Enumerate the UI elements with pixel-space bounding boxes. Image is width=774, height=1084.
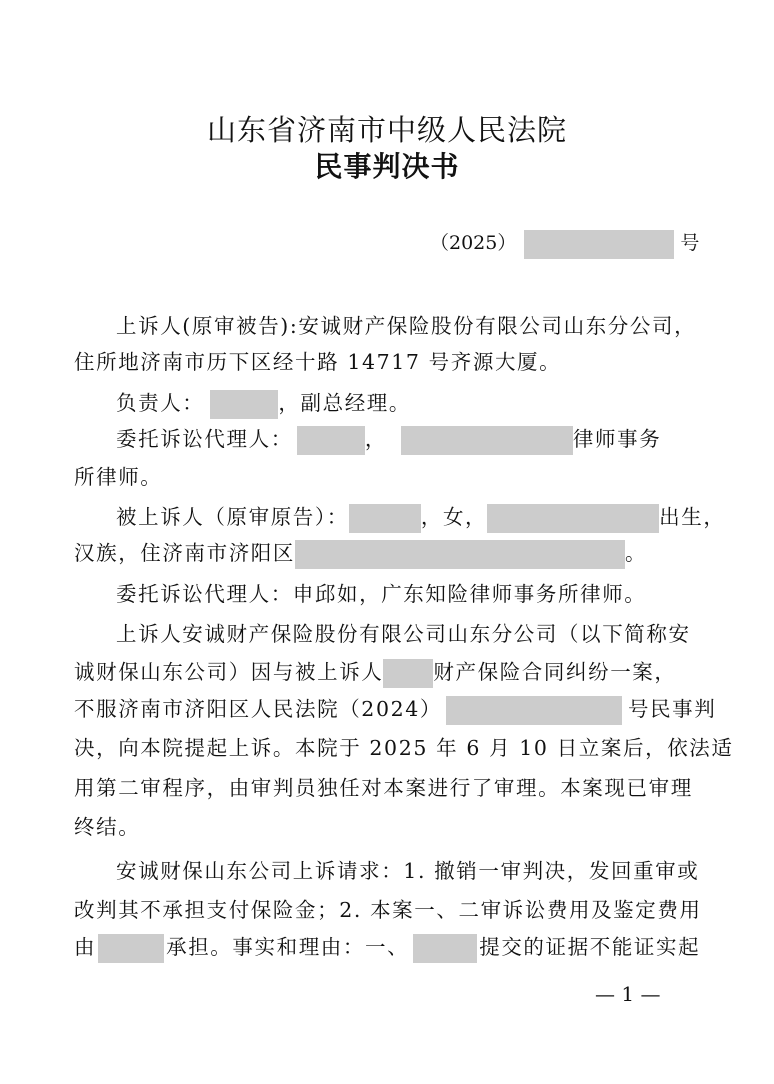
case-number-prefix: （2025） <box>430 232 516 254</box>
redaction-box <box>446 696 622 725</box>
text: ， <box>365 427 387 451</box>
paragraph-line: 被上诉人（原审原告）：，女，出生， <box>116 501 725 533</box>
redaction-box <box>413 934 477 963</box>
text: 负责人： <box>116 391 204 415</box>
text: 安诚财保山东公司上诉请求：1. 撤销一审判决，发回重审或 <box>116 859 699 883</box>
redaction-box <box>210 390 278 419</box>
page-number: — 1 — <box>595 982 660 1006</box>
text: 出生， <box>659 505 725 529</box>
text: 财产保险合同纠纷一案， <box>433 660 676 684</box>
paragraph-line: 用第二审程序，由审判员独任对本案进行了审理。本案现已审理 <box>74 772 693 804</box>
redaction-box <box>401 426 573 455</box>
paragraph-line: 安诚财保山东公司上诉请求：1. 撤销一审判决，发回重审或 <box>116 855 699 887</box>
text: 改判其不承担支付保险金；2. 本案一、二审诉讼费用及鉴定费用 <box>74 898 702 922</box>
paragraph-line: 由承担。事实和理由：一、提交的证据不能证实起 <box>74 931 700 963</box>
redaction-box <box>349 504 421 533</box>
redaction-box <box>524 230 674 259</box>
text: 用第二审程序，由审判员独任对本案进行了审理。本案现已审理 <box>74 776 693 800</box>
redaction-box <box>98 934 164 963</box>
text: 上诉人安诚财产保险股份有限公司山东分公司（以下简称安 <box>116 622 691 646</box>
text: 决，向本院提起上诉。本院于 2025 年 6 月 10 日立案后，依法适 <box>74 736 734 760</box>
text: 号民事判 <box>628 697 716 721</box>
redaction-box <box>297 426 365 455</box>
text: 委托诉讼代理人： <box>116 427 293 451</box>
text: 提交的证据不能证实起 <box>479 935 700 959</box>
text: 住所地济南市历下区经十路 14717 号齐源大厦。 <box>74 350 561 374</box>
text: ，副总经理。 <box>278 391 411 415</box>
text: 承担。事实和理由：一、 <box>166 935 409 959</box>
document-page: 山东省济南市中级人民法院 民事判决书 （2025）号 上诉人(原审被告):安诚财… <box>0 0 774 1084</box>
case-number: （2025）号 <box>430 227 699 259</box>
text: 委托诉讼代理人：申邱如，广东知险律师事务所律师。 <box>116 582 646 606</box>
text: ，女， <box>421 505 487 529</box>
paragraph-line: 改判其不承担支付保险金；2. 本案一、二审诉讼费用及鉴定费用 <box>74 894 702 926</box>
paragraph-line: 所律师。 <box>74 461 162 493</box>
text: 被上诉人（原审原告）： <box>116 505 349 529</box>
case-number-suffix: 号 <box>680 232 699 254</box>
paragraph-line: 上诉人(原审被告):安诚财产保险股份有限公司山东分公司， <box>116 310 696 342</box>
redaction-box <box>383 659 433 688</box>
paragraph-line: 委托诉讼代理人：，律师事务 <box>116 423 661 455</box>
paragraph-line: 终结。 <box>74 811 140 843</box>
paragraph-line: 汉族，住济南市济阳区。 <box>74 537 647 569</box>
text: 上诉人(原审被告):安诚财产保险股份有限公司山东分公司， <box>116 314 696 338</box>
text: 不服济南市济阳区人民法院（2024） <box>74 697 442 721</box>
redaction-box <box>295 540 625 569</box>
paragraph-line: 诚财保山东公司）因与被上诉人财产保险合同纠纷一案， <box>74 656 677 688</box>
text: 终结。 <box>74 815 140 839</box>
paragraph-line: 不服济南市济阳区人民法院（2024）号民事判 <box>74 693 716 725</box>
text: 由 <box>74 935 96 959</box>
text: 所律师。 <box>74 465 162 489</box>
paragraph-line: 决，向本院提起上诉。本院于 2025 年 6 月 10 日立案后，依法适 <box>74 732 734 764</box>
text: 汉族，住济南市济阳区 <box>74 541 295 565</box>
document-type-title: 民事判决书 <box>0 145 774 185</box>
paragraph-line: 负责人：，副总经理。 <box>116 387 411 419</box>
text: 律师事务 <box>573 427 661 451</box>
paragraph-line: 住所地济南市历下区经十路 14717 号齐源大厦。 <box>74 346 561 378</box>
text: 。 <box>625 541 647 565</box>
paragraph-line: 上诉人安诚财产保险股份有限公司山东分公司（以下简称安 <box>116 618 691 650</box>
redaction-box <box>487 504 659 533</box>
text: 诚财保山东公司）因与被上诉人 <box>74 660 383 684</box>
paragraph-line: 委托诉讼代理人：申邱如，广东知险律师事务所律师。 <box>116 578 646 610</box>
court-name: 山东省济南市中级人民法院 <box>0 108 774 149</box>
